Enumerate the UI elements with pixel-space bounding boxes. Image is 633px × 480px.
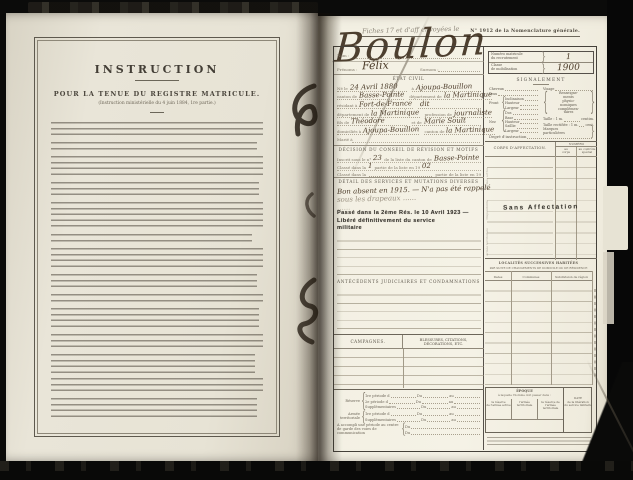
field-label: département de [337, 112, 369, 117]
nez-item: Largeur [505, 129, 539, 133]
ink-mark [284, 82, 326, 146]
field-cell: dit [418, 101, 481, 109]
du-label: Du [421, 405, 426, 409]
matricule-form-box: Nom : Prénoms : Félix Surnom : ÉTAT CIVI… [333, 46, 597, 452]
dates-col-header: Dates [485, 272, 511, 280]
section-divider [150, 112, 164, 113]
localites-header-row: Dates Communes Subdivision de région [485, 271, 592, 281]
body-text-lines [51, 354, 255, 374]
taille-label: Taille : 1 m. [543, 117, 563, 121]
brace-glyph: { [361, 408, 365, 424]
body-text-lines [51, 122, 263, 138]
localites-title-line1: LOCALITÉS SUCCESSIVES HABITÉES [485, 261, 592, 265]
degre-instruction-field: Degré d'instruction [489, 134, 593, 139]
field-label: domiciliés à [337, 129, 361, 134]
field-label: canton de [337, 94, 357, 99]
campagnes-table: CAMPAGNES. BLESSURES, CITATIONS, DÉCORAT… [334, 334, 484, 388]
services-header: DÉTAIL DES SERVICES ET MUTATIONS DIVERSE… [334, 179, 483, 184]
comp-line: taires [547, 111, 590, 115]
reserve-group-label: Réserve [337, 399, 361, 403]
title-rule [135, 80, 179, 81]
au-label: au [449, 394, 453, 398]
body-text-lines [51, 274, 257, 290]
field-value-handwritten: Marie Soult [424, 118, 466, 126]
body-text-lines [51, 248, 263, 270]
epoque-col-territoriale: l'armée territoriale [512, 399, 538, 420]
marie-leader-line [352, 142, 480, 143]
field-value-handwritten: Fort-de-France [359, 100, 412, 108]
etat-civil-row: domiciliés àAjoupa-Bouillon canton dela … [337, 126, 481, 135]
numero-matricule-label: Numéro matricule du recrutement [491, 53, 541, 61]
classe-value: 1900 [546, 62, 591, 73]
etat-civil-rows: Né le24 Avril 1880 àAjoupa-Bouillon cant… [337, 83, 481, 135]
blank-ruled-lines [337, 233, 481, 277]
instruction-subnote: (Instruction ministérielle du 4 juin 188… [51, 101, 263, 106]
col-line: de l'armée active [486, 404, 511, 407]
du-label: Du [417, 394, 422, 398]
gvc-label: A accompli une période au centre de gard… [337, 423, 401, 435]
field-label: Né le [337, 86, 348, 91]
section-rule [334, 145, 484, 146]
side-label-territoriale: Armée territoriale [485, 225, 489, 259]
period-label: 1re période d [365, 412, 390, 416]
yeux-field: Yeux [489, 91, 539, 95]
row-rule [334, 61, 484, 62]
column-divider [511, 271, 512, 385]
instruction-subtitle: POUR LA TENUE DU REGISTRE MATRICULE. [51, 90, 263, 98]
localites-title-line2: PAR SUITE DE CHANGEMENTS DE DOMICILE OU … [485, 266, 592, 270]
nez-item-label: Largeur [505, 129, 519, 133]
corps-table-title: CORPS D'AFFECTATION. [485, 146, 555, 150]
period-label: 2e période d [365, 400, 388, 404]
prenoms-value-handwritten: Félix [362, 59, 389, 73]
campagnes-table-header: CAMPAGNES. BLESSURES, CITATIONS, DÉCORAT… [334, 335, 484, 349]
section-rule [334, 177, 484, 178]
field-value-handwritten: dit [419, 101, 429, 108]
matricule-page: Fiches 17 et d'aff envoyées le N° 1912 d… [318, 16, 607, 462]
campagnes-col-header: CAMPAGNES. [334, 335, 403, 348]
body-text-lines [51, 142, 257, 152]
matricule-number-box: Numéro matricule du recrutement } 1 Clas… [488, 51, 594, 74]
du-label: Du [421, 418, 426, 422]
periodes-exercices-block: Réserve { 1re période dDuau 2e période d… [334, 389, 484, 438]
field-label: à [412, 86, 414, 91]
epoque-columns: la réserve de l'armée active l'armée ter… [486, 399, 563, 432]
epoque-subtitle: à laquelle l'homme doit passer dans : [486, 393, 563, 397]
campagnes-table-body [334, 349, 484, 388]
taille-field: Taille : 1 m.centim. [543, 117, 594, 121]
classe-mobilisation-cell: Classe de mobilisation } 1900 [489, 63, 593, 74]
numero-matricule-cell: Numéro matricule du recrutement } 1 [489, 52, 593, 63]
reserve-periods-group: Réserve { 1re période dDuau 2e période d… [337, 392, 481, 409]
brace-glyph: { [401, 421, 405, 437]
territoriale-label-line2: territoriale [337, 416, 360, 420]
front-item-label: Largeur [505, 106, 519, 110]
period-lines: Du Du [405, 423, 481, 435]
instruction-border-box: INSTRUCTION POUR LA TENUE DU REGISTRE MA… [34, 37, 280, 437]
taille-unit: centim. [581, 117, 594, 121]
column-divider [551, 271, 552, 385]
nom-label: Nom : [337, 53, 349, 58]
period-line: Du [405, 423, 481, 429]
reserve-stamp: Passé dans la 2ème Rés. le 10 Avril 1923… [337, 210, 469, 216]
complementaires-group: { Renseigne- ments physio- nomiques comp… [543, 92, 594, 115]
antecedents-header: ANTÉCÉDENTS JUDICIAIRES ET CONDAMNATIONS [334, 279, 483, 284]
communes-col-header: Communes [511, 272, 551, 280]
au-label: au [451, 418, 455, 422]
brace-glyph: { [543, 97, 547, 110]
instruction-title: INSTRUCTION [51, 63, 263, 76]
yeux-label: Yeux [489, 92, 497, 96]
body-text-lines [51, 308, 259, 330]
nez-group: Nez { Dos Base Hauteur Saillie Largeur [489, 111, 539, 133]
marie-label: Marié à [337, 137, 353, 142]
blessures-col-line2: DÉCORATIONS, ETC. [403, 342, 484, 346]
epoque-left-section: ÉPOQUE à laquelle l'homme doit passer da… [486, 388, 564, 432]
body-text-lines [51, 182, 259, 198]
field-label: Inscrit sous le n° [337, 157, 371, 162]
instruction-page: INSTRUCTION POUR LA TENUE DU REGISTRE MA… [6, 13, 318, 462]
field-value-handwritten: 23 [373, 155, 382, 162]
signalement-right-column: Visage { Renseigne- ments physio- nomiqu… [543, 87, 594, 136]
folded-corner-shadow [574, 362, 633, 463]
signalement-rule [533, 84, 549, 85]
body-text-lines [51, 294, 263, 304]
nez-label: Nez [489, 120, 501, 124]
section-rule [334, 74, 484, 75]
numero-label-line2: du recrutement [491, 57, 541, 61]
classe-label: Classe de mobilisation [491, 64, 541, 72]
complementaires-lines: Renseigne- ments physio- nomiques complé… [547, 92, 590, 115]
subcol-line: corps [556, 151, 576, 154]
brace-glyph: } [590, 97, 594, 110]
prenoms-label: Prénoms : [337, 67, 357, 72]
front-group: Front { Inclinaison Hauteur Largeur [489, 97, 539, 110]
libere-stamp-line1: Libéré définitivement du service [337, 218, 435, 224]
body-text-lines [51, 156, 263, 178]
front-items: Inclinaison Hauteur Largeur [505, 97, 539, 110]
nez-items: Dos Base Hauteur Saillie Largeur [505, 111, 539, 133]
surnom-leader-line [438, 71, 480, 72]
period-line: 2e période dDuau [365, 398, 481, 404]
territoriale-periods-group: Armée territoriale { 1re période dDuau S… [337, 410, 481, 422]
col-line: territoriale [512, 404, 537, 407]
front-label: Front [489, 101, 501, 105]
period-line: Du [405, 429, 481, 435]
signalement-header: SIGNALEMENT [485, 78, 597, 83]
au-label: au [451, 405, 455, 409]
page-edge-notch [603, 252, 614, 324]
period-line: 1re période dDuau [365, 392, 481, 398]
body-text-lines [51, 202, 263, 230]
field-label: département de [409, 94, 441, 99]
numero-subcol-2: au contrôle spécial [576, 147, 597, 156]
body-text-lines [51, 398, 257, 420]
field-label: fils de [337, 120, 349, 125]
period-label: 1re période d [365, 394, 390, 398]
ink-mark [290, 276, 326, 348]
column-divider [403, 349, 404, 388]
period-lines: 1re période dDuau 2e période dDuau Suppl… [365, 392, 481, 409]
au-label: au [449, 412, 453, 416]
field-value-handwritten: Théodore [351, 118, 385, 126]
etat-civil-header: ÉTAT CIVIL [334, 76, 483, 81]
degre-label: Degré d'instruction [489, 134, 526, 139]
du-label: Du [417, 412, 422, 416]
side-label-armee-active: Armée active [485, 161, 489, 195]
brace-glyph: { [501, 116, 505, 129]
body-text-lines [51, 378, 263, 394]
gvc-label-line2: de garde des voies de communication [337, 427, 400, 435]
epoque-col-reserve-active: la réserve de l'armée active [486, 399, 512, 420]
du-label: Du [416, 400, 421, 404]
front-item: Largeur [505, 106, 539, 110]
field-value-handwritten: Ajoupa-Bouillon [363, 126, 419, 134]
voies-communication-group: A accompli une période au centre de gard… [337, 423, 481, 435]
au-label: au [449, 400, 453, 404]
period-label: Supplémentaires [365, 418, 396, 422]
territoriale-group-label: Armée territoriale [337, 412, 361, 420]
torn-paper-texture [28, 2, 318, 13]
field-value-handwritten: Basse-Pointe [434, 154, 480, 162]
period-lines: 1re période dDuau SupplémentairesDuau [365, 410, 481, 422]
field-label: résidant à [337, 103, 357, 108]
form-left-column: Nom : Prénoms : Félix Surnom : ÉTAT CIVI… [334, 47, 484, 450]
torn-paper-texture [0, 461, 633, 471]
decision-line-1: Inscrit sous le n° 23 de la liste du can… [337, 155, 481, 163]
subcol-line: spécial [577, 151, 597, 154]
numero-matricule-value: 1 [546, 52, 591, 62]
subdivision-col-header: Subdivision de région [551, 272, 592, 280]
epoque-col-reserve-territoriale: la réserve de l'armée territoriale [538, 399, 563, 420]
page-edge-notch [603, 186, 628, 250]
blank-ruled-lines [337, 287, 481, 330]
period-label: Supplémentaires [365, 405, 396, 409]
field-label: canton de [424, 129, 444, 134]
instruction-inner-frame: INSTRUCTION POUR LA TENUE DU REGISTRE MA… [37, 40, 277, 434]
field-cell: domiciliés àAjoupa-Bouillon [337, 127, 419, 135]
surnom-label: Surnom : [420, 67, 439, 72]
body-text-lines [51, 334, 263, 350]
decision-header: DÉCISION DU CONSEIL DE RÉVISION ET MOTIF… [334, 147, 483, 152]
blessures-col-header: BLESSURES, CITATIONS, DÉCORATIONS, ETC. [403, 335, 484, 348]
period-line: SupplémentairesDuau [365, 404, 481, 410]
field-value-handwritten: 1 [368, 163, 373, 170]
period-line: 1re période dDuau [365, 410, 481, 416]
col-line: l'armée territoriale [538, 404, 563, 410]
period-line: SupplémentairesDuau [365, 416, 481, 422]
classe-label-line2: de mobilisation [491, 68, 541, 72]
scanned-register-spread: INSTRUCTION POUR LA TENUE DU REGISTRE MA… [0, 0, 633, 480]
body-text-lines [51, 234, 252, 244]
ink-mark [302, 192, 318, 218]
numero-subcol-1: au corps [555, 147, 576, 156]
corps-affectation-table: CORPS D'AFFECTATION. NUMÉRO au corps au … [485, 141, 597, 259]
signalement-left-column: Cheveux Yeux Front { Inclinaison Hauteur… [489, 87, 539, 133]
libere-stamp-line2: militaire [337, 225, 362, 231]
